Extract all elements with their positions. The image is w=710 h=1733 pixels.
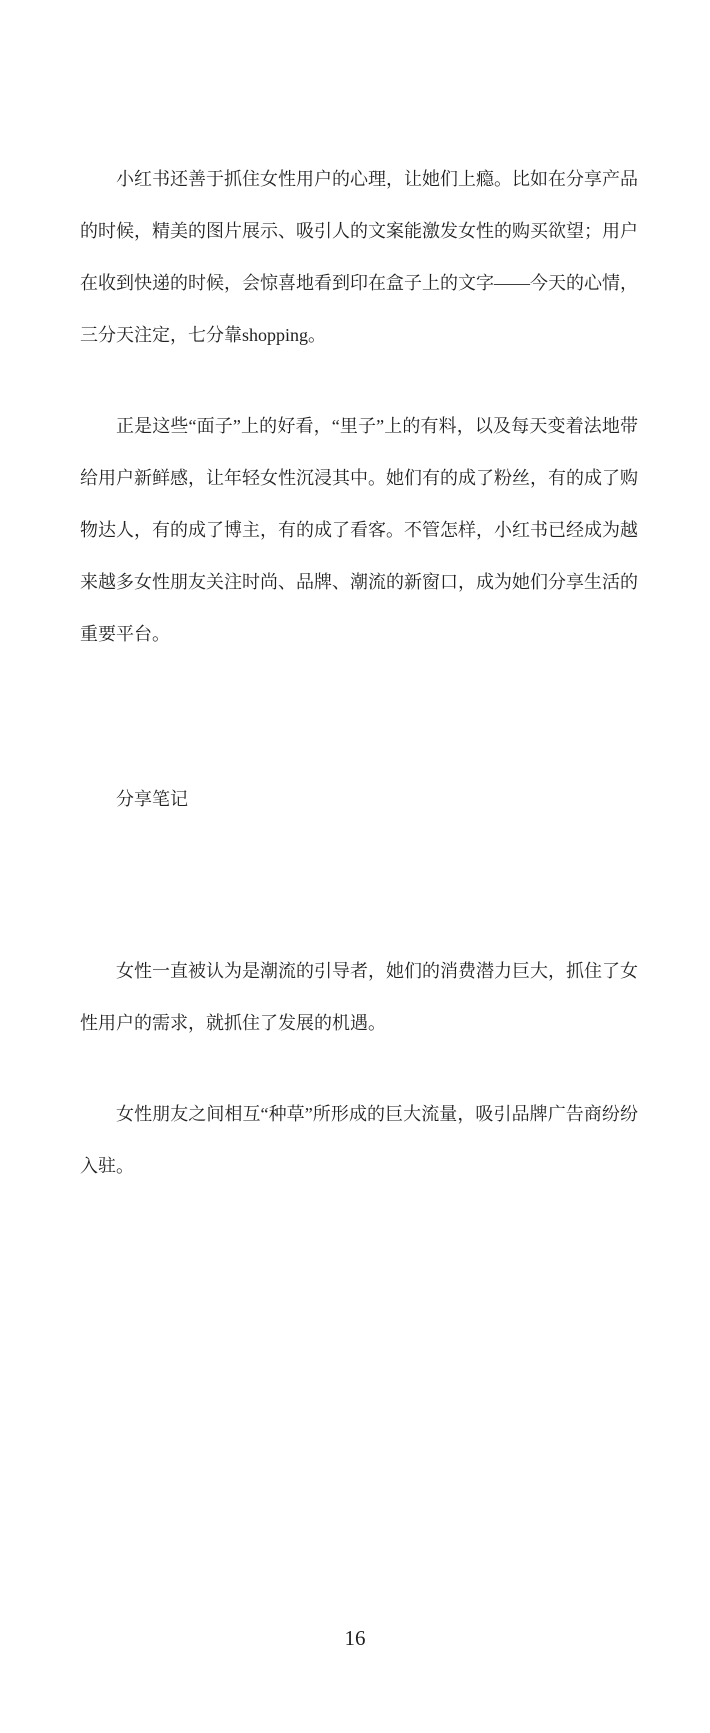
paragraph-2: 正是这些“面子”上的好看，“里子”上的有料，以及每天变着法地带给用户新鲜感，让年… bbox=[80, 400, 638, 660]
book-page: 小红书还善于抓住女性用户的心理，让她们上瘾。比如在分享产品的时候，精美的图片展示… bbox=[0, 0, 710, 1733]
paragraph-1: 小红书还善于抓住女性用户的心理，让她们上瘾。比如在分享产品的时候，精美的图片展示… bbox=[80, 153, 638, 361]
paragraph-3: 女性一直被认为是潮流的引导者，她们的消费潜力巨大，抓住了女性用户的需求，就抓住了… bbox=[80, 945, 638, 1049]
page-number: 16 bbox=[0, 1612, 710, 1664]
paragraph-4: 女性朋友之间相互“种草”所形成的巨大流量，吸引品牌广告商纷纷入驻。 bbox=[80, 1088, 638, 1192]
section-heading: 分享笔记 bbox=[80, 773, 638, 825]
